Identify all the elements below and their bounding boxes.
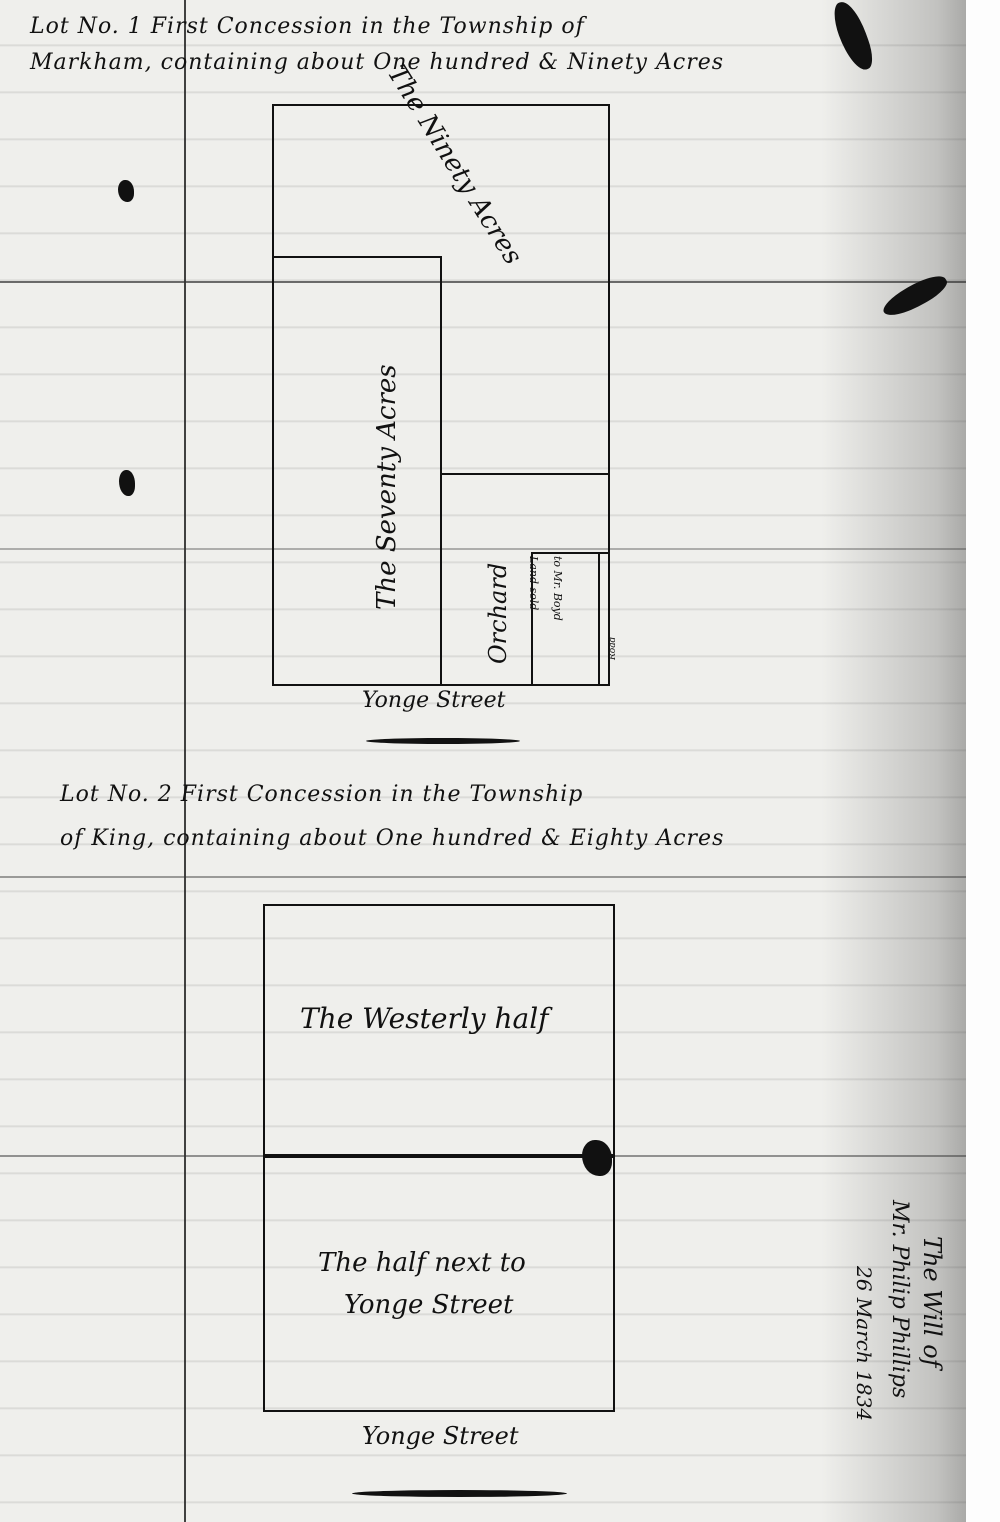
plan-divider <box>440 473 610 475</box>
flourish-line <box>352 1490 567 1497</box>
margin-rule <box>184 0 186 1522</box>
lot1-heading-line1: Lot No. 1 First Concession in the Townsh… <box>30 14 585 39</box>
parcel-westerly-half-label: The Westerly half <box>300 1002 549 1035</box>
ink-blot <box>879 269 951 323</box>
parcel-orchard-label: Orchard <box>484 563 512 664</box>
parcel-sold-label-line1: Land sold <box>527 556 540 610</box>
flourish-line <box>366 738 520 744</box>
lot2-heading-line2: of King, containing about One hundred & … <box>60 826 724 851</box>
plan-divider <box>263 1154 615 1158</box>
lot2-street-label: Yonge Street <box>362 1422 518 1450</box>
document-page: Lot No. 1 First Concession in the Townsh… <box>0 0 966 1522</box>
endorsement-line1: The Will of <box>918 1236 946 1368</box>
parcel-seventy-acres-label: The Seventy Acres <box>372 364 402 610</box>
ink-blot <box>119 470 135 496</box>
scan-edge <box>966 0 1000 1522</box>
plan-divider <box>440 256 442 686</box>
lot1-street-label: Yonge Street <box>362 688 505 713</box>
parcel-half-next-label-line2: Yonge Street <box>344 1290 514 1320</box>
lot1-heading-line2: Markham, containing about One hundred & … <box>30 50 724 75</box>
endorsement-line2: Mr. Philip Phillips <box>887 1200 912 1398</box>
parcel-sold-label-line2: to Mr. Boyd <box>551 556 564 621</box>
road-label: Road <box>608 637 618 660</box>
endorsement-date: 26 March 1834 <box>852 1266 876 1421</box>
lot2-heading-line1: Lot No. 2 First Concession in the Townsh… <box>60 782 583 807</box>
parcel-half-next-label-line1: The half next to <box>318 1248 526 1278</box>
ink-blot <box>828 0 877 74</box>
plan-divider <box>272 256 440 258</box>
fold-line <box>0 876 966 878</box>
road-strip-divider <box>598 552 600 686</box>
ink-blot <box>118 180 134 202</box>
lot2-plan-outline <box>263 904 615 1412</box>
